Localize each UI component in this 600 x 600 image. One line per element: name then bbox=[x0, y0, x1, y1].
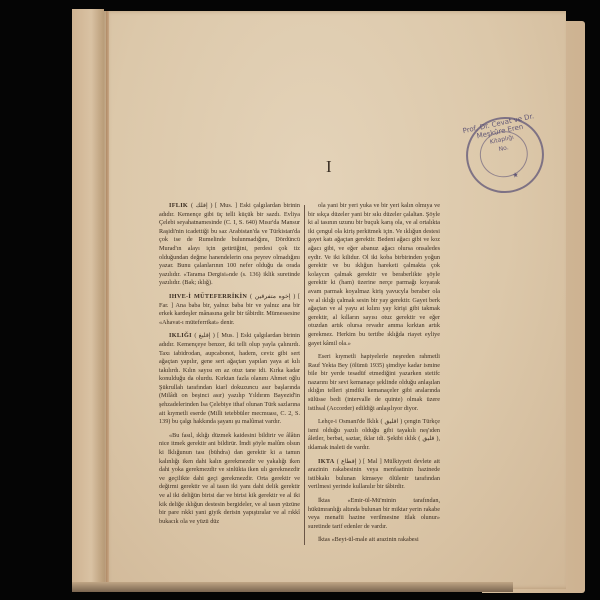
facing-page-edge bbox=[72, 9, 104, 592]
paragraph: IHVE-İ MÜTEFERRİKİN ( إخوه متفرقين ) [ F… bbox=[159, 293, 300, 327]
paragraph: İktas «Beyt-ül-male ait arazinin rakabes… bbox=[308, 536, 440, 545]
paragraph: ola yani bir yeri yuka ve bir yeri kalın… bbox=[308, 202, 440, 348]
column-divider bbox=[304, 205, 305, 545]
section-letter-heading: I bbox=[326, 157, 332, 177]
left-column: IFLIK ( إفلك ) [ Mus. ] Eski çalgılardan… bbox=[159, 202, 300, 531]
paragraph-text: ( إفلك ) [ Mus. ] Eski çalgılardan birin… bbox=[159, 202, 300, 286]
page-bottom-edge bbox=[72, 582, 513, 592]
paragraph: Eseri kıymetli hapiyelerle neşreden rahm… bbox=[308, 353, 440, 413]
paragraph-text: «Bu fasıl, ıklığı düzmek kaidesini bildi… bbox=[159, 432, 300, 525]
paragraph-text: İktas «Beyt-ül-male ait arazinin rakabes… bbox=[318, 536, 419, 543]
spine-gutter bbox=[106, 11, 109, 589]
paragraph: IKLIĞI ( إقليغ ) [ Mus. ] Eski çalgılard… bbox=[159, 332, 300, 427]
paragraph: İktas «Emir-ül-Mü'minin tarafından, hükü… bbox=[308, 497, 440, 531]
paragraph: «Bu fasıl, ıklığı düzmek kaidesini bildi… bbox=[159, 432, 300, 527]
right-column: ola yani bir yeri yuka ve bir yeri kalın… bbox=[308, 202, 440, 550]
paragraph: IFLIK ( إفلك ) [ Mus. ] Eski çalgılardan… bbox=[159, 202, 300, 288]
paragraph: Lehçe-i Osmani'de İklık ( اقليق ) çengin… bbox=[308, 418, 440, 452]
paragraph: IKTA ( إقطاع ) [ Mal ] Mülkiyyeti devlet… bbox=[308, 458, 440, 492]
paragraph-text: İktas «Emir-ül-Mü'minin tarafından, hükü… bbox=[308, 497, 440, 530]
paragraph-text: Eseri kıymetli hapiyelerle neşreden rahm… bbox=[308, 353, 440, 412]
entry-headword: IFLIK bbox=[169, 202, 191, 209]
document-page: I Prof. Dr. Cevat ve Dr. Meşkûre Eren Ki… bbox=[104, 11, 566, 589]
paragraph-text: Lehçe-i Osmani'de İklık ( اقليق ) çengin… bbox=[308, 418, 440, 451]
entry-headword: IHVE-İ MÜTEFERRİKİN bbox=[169, 293, 250, 300]
entry-headword: IKTA bbox=[318, 458, 337, 465]
paragraph-text: ( إقليغ ) [ Mus. ] Eski çalgılardan biri… bbox=[159, 332, 300, 425]
star-icon: ★ bbox=[512, 171, 520, 180]
paragraph-text: ola yani bir yeri yuka ve bir yeri kalın… bbox=[308, 202, 440, 347]
library-stamp: Prof. Dr. Cevat ve Dr. Meşkûre Eren Kita… bbox=[459, 110, 551, 201]
entry-headword: IKLIĞI bbox=[169, 332, 194, 339]
book: I Prof. Dr. Cevat ve Dr. Meşkûre Eren Ki… bbox=[72, 9, 513, 590]
